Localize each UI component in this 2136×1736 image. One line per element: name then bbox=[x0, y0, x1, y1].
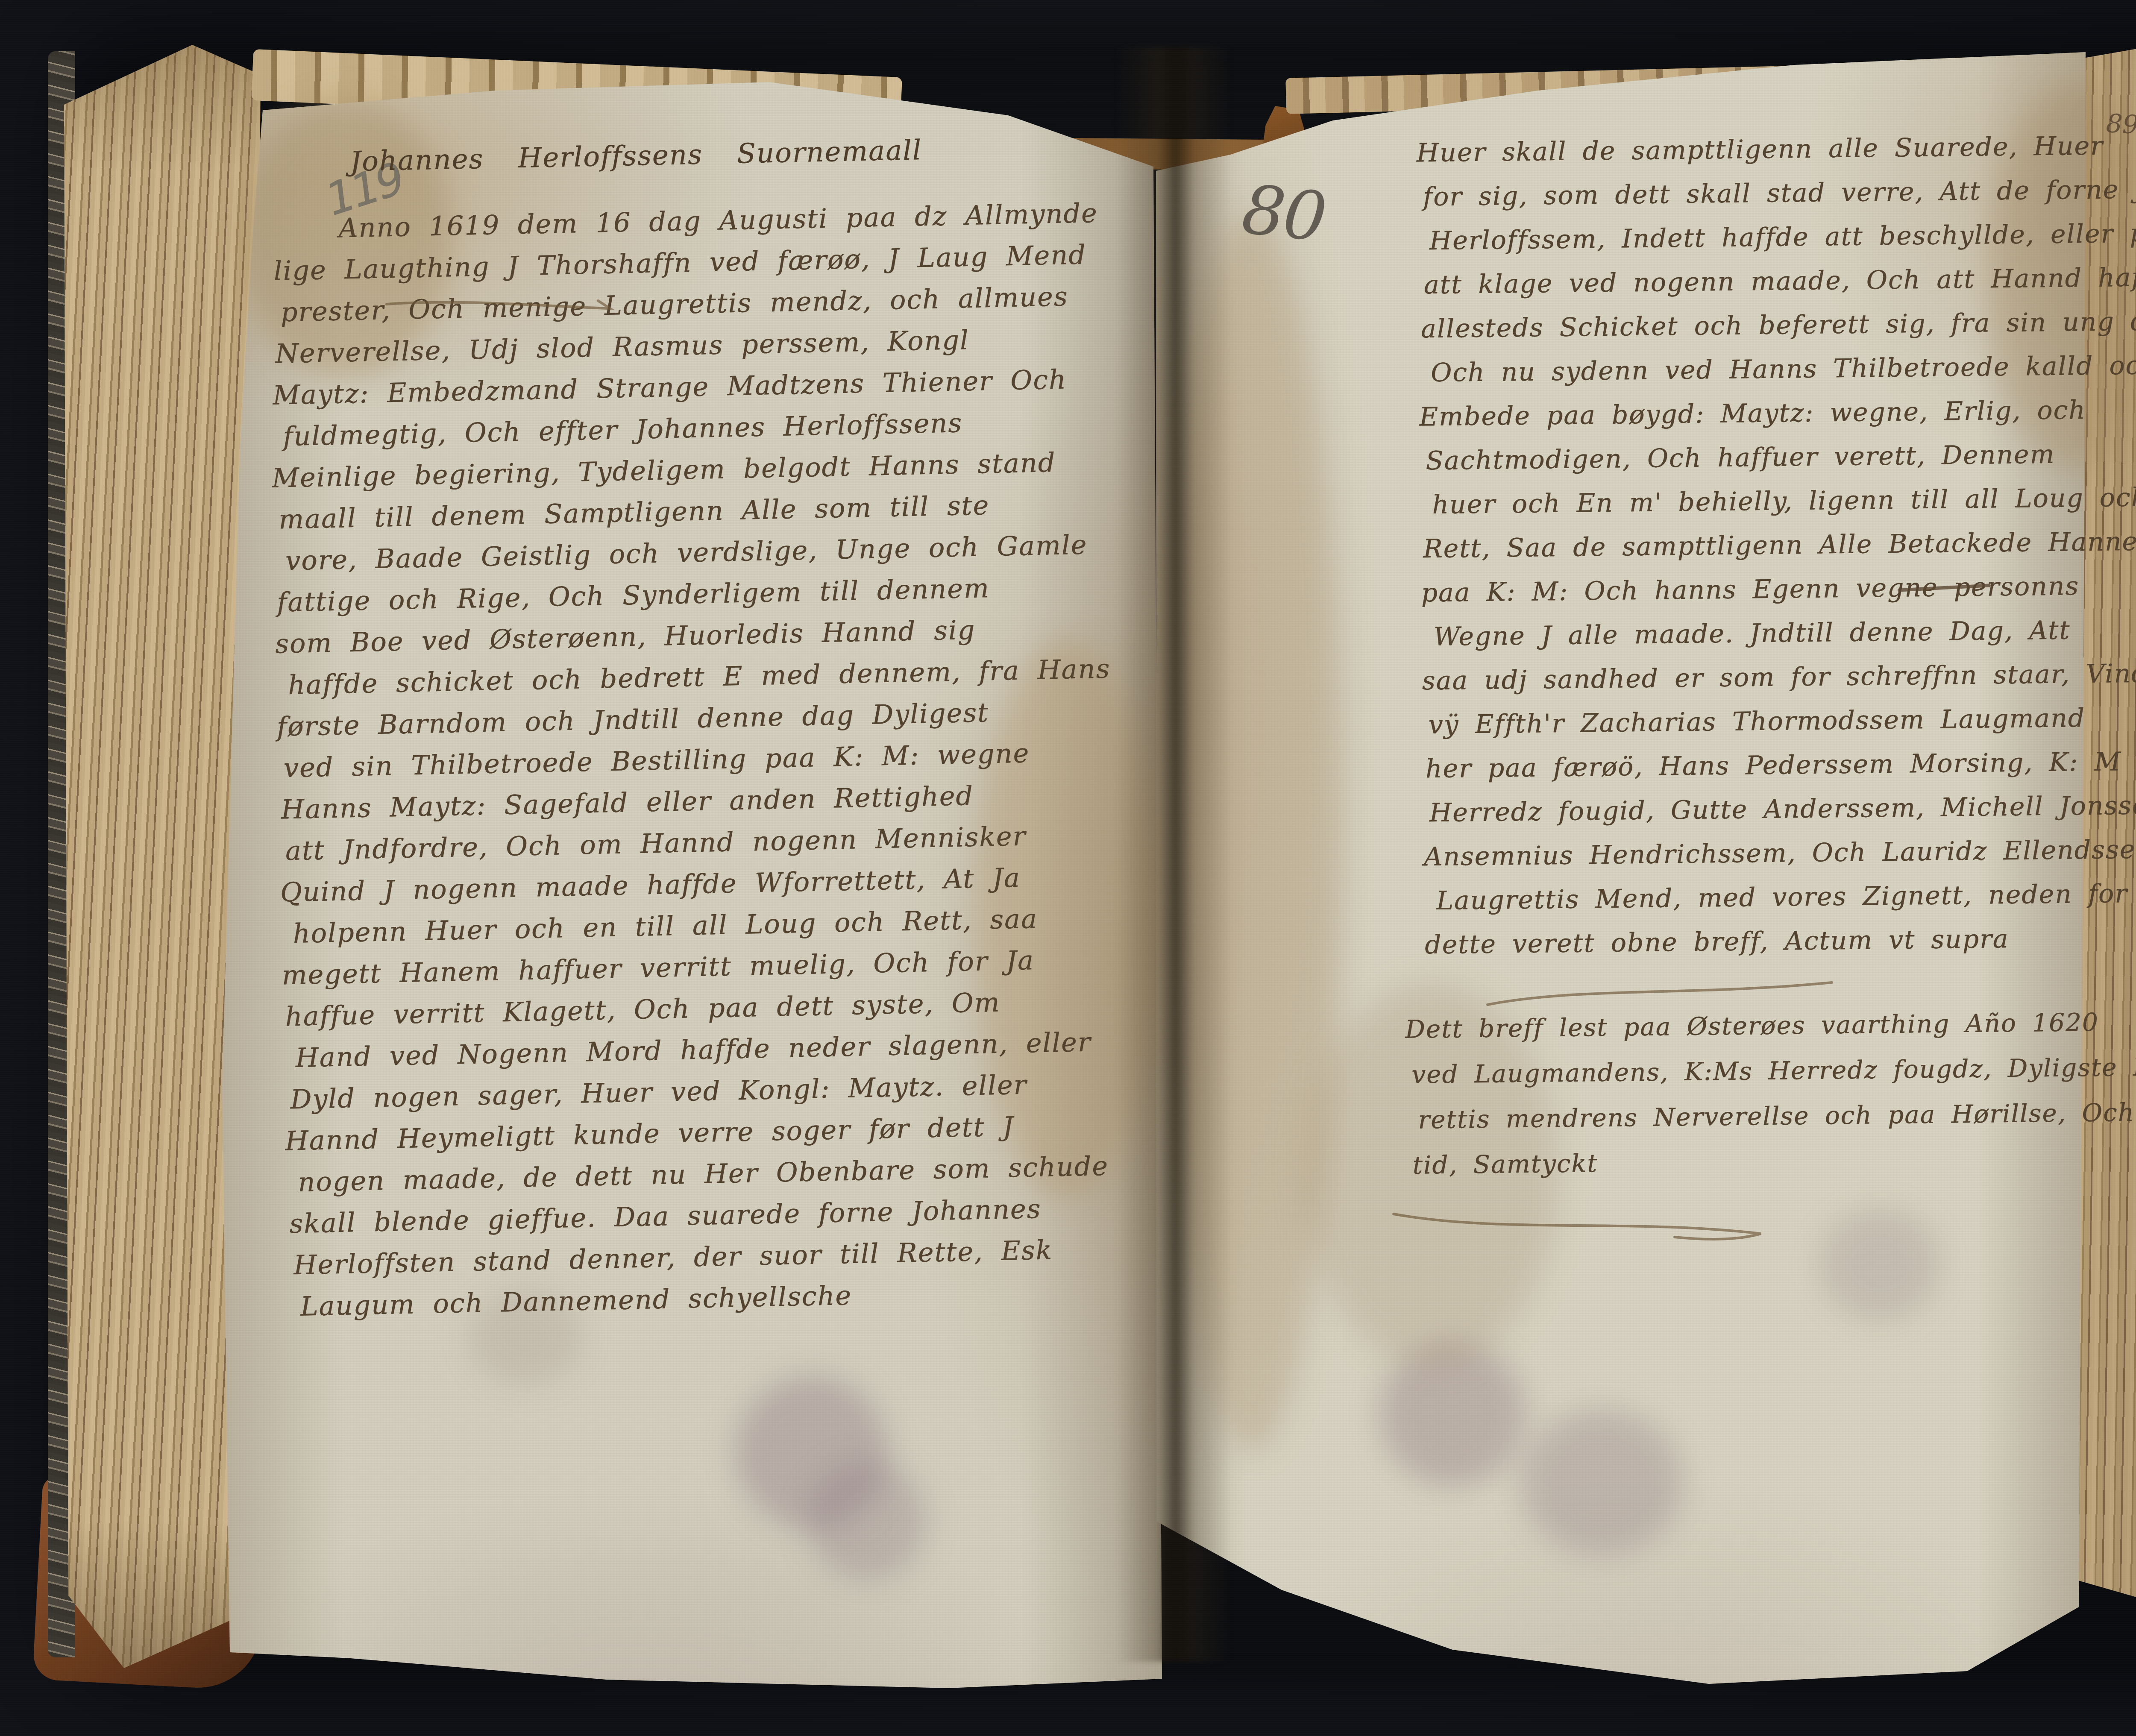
archival-photo-background: 119 80 89 Johannes Herloffssens Suornema… bbox=[0, 0, 2136, 1736]
note-divider-flourish bbox=[1488, 982, 1832, 1005]
ink-flourish-lines bbox=[0, 0, 2136, 1736]
heading-dash-flourish bbox=[387, 301, 610, 308]
samtyckt-underline-flourish bbox=[1394, 1214, 1761, 1239]
